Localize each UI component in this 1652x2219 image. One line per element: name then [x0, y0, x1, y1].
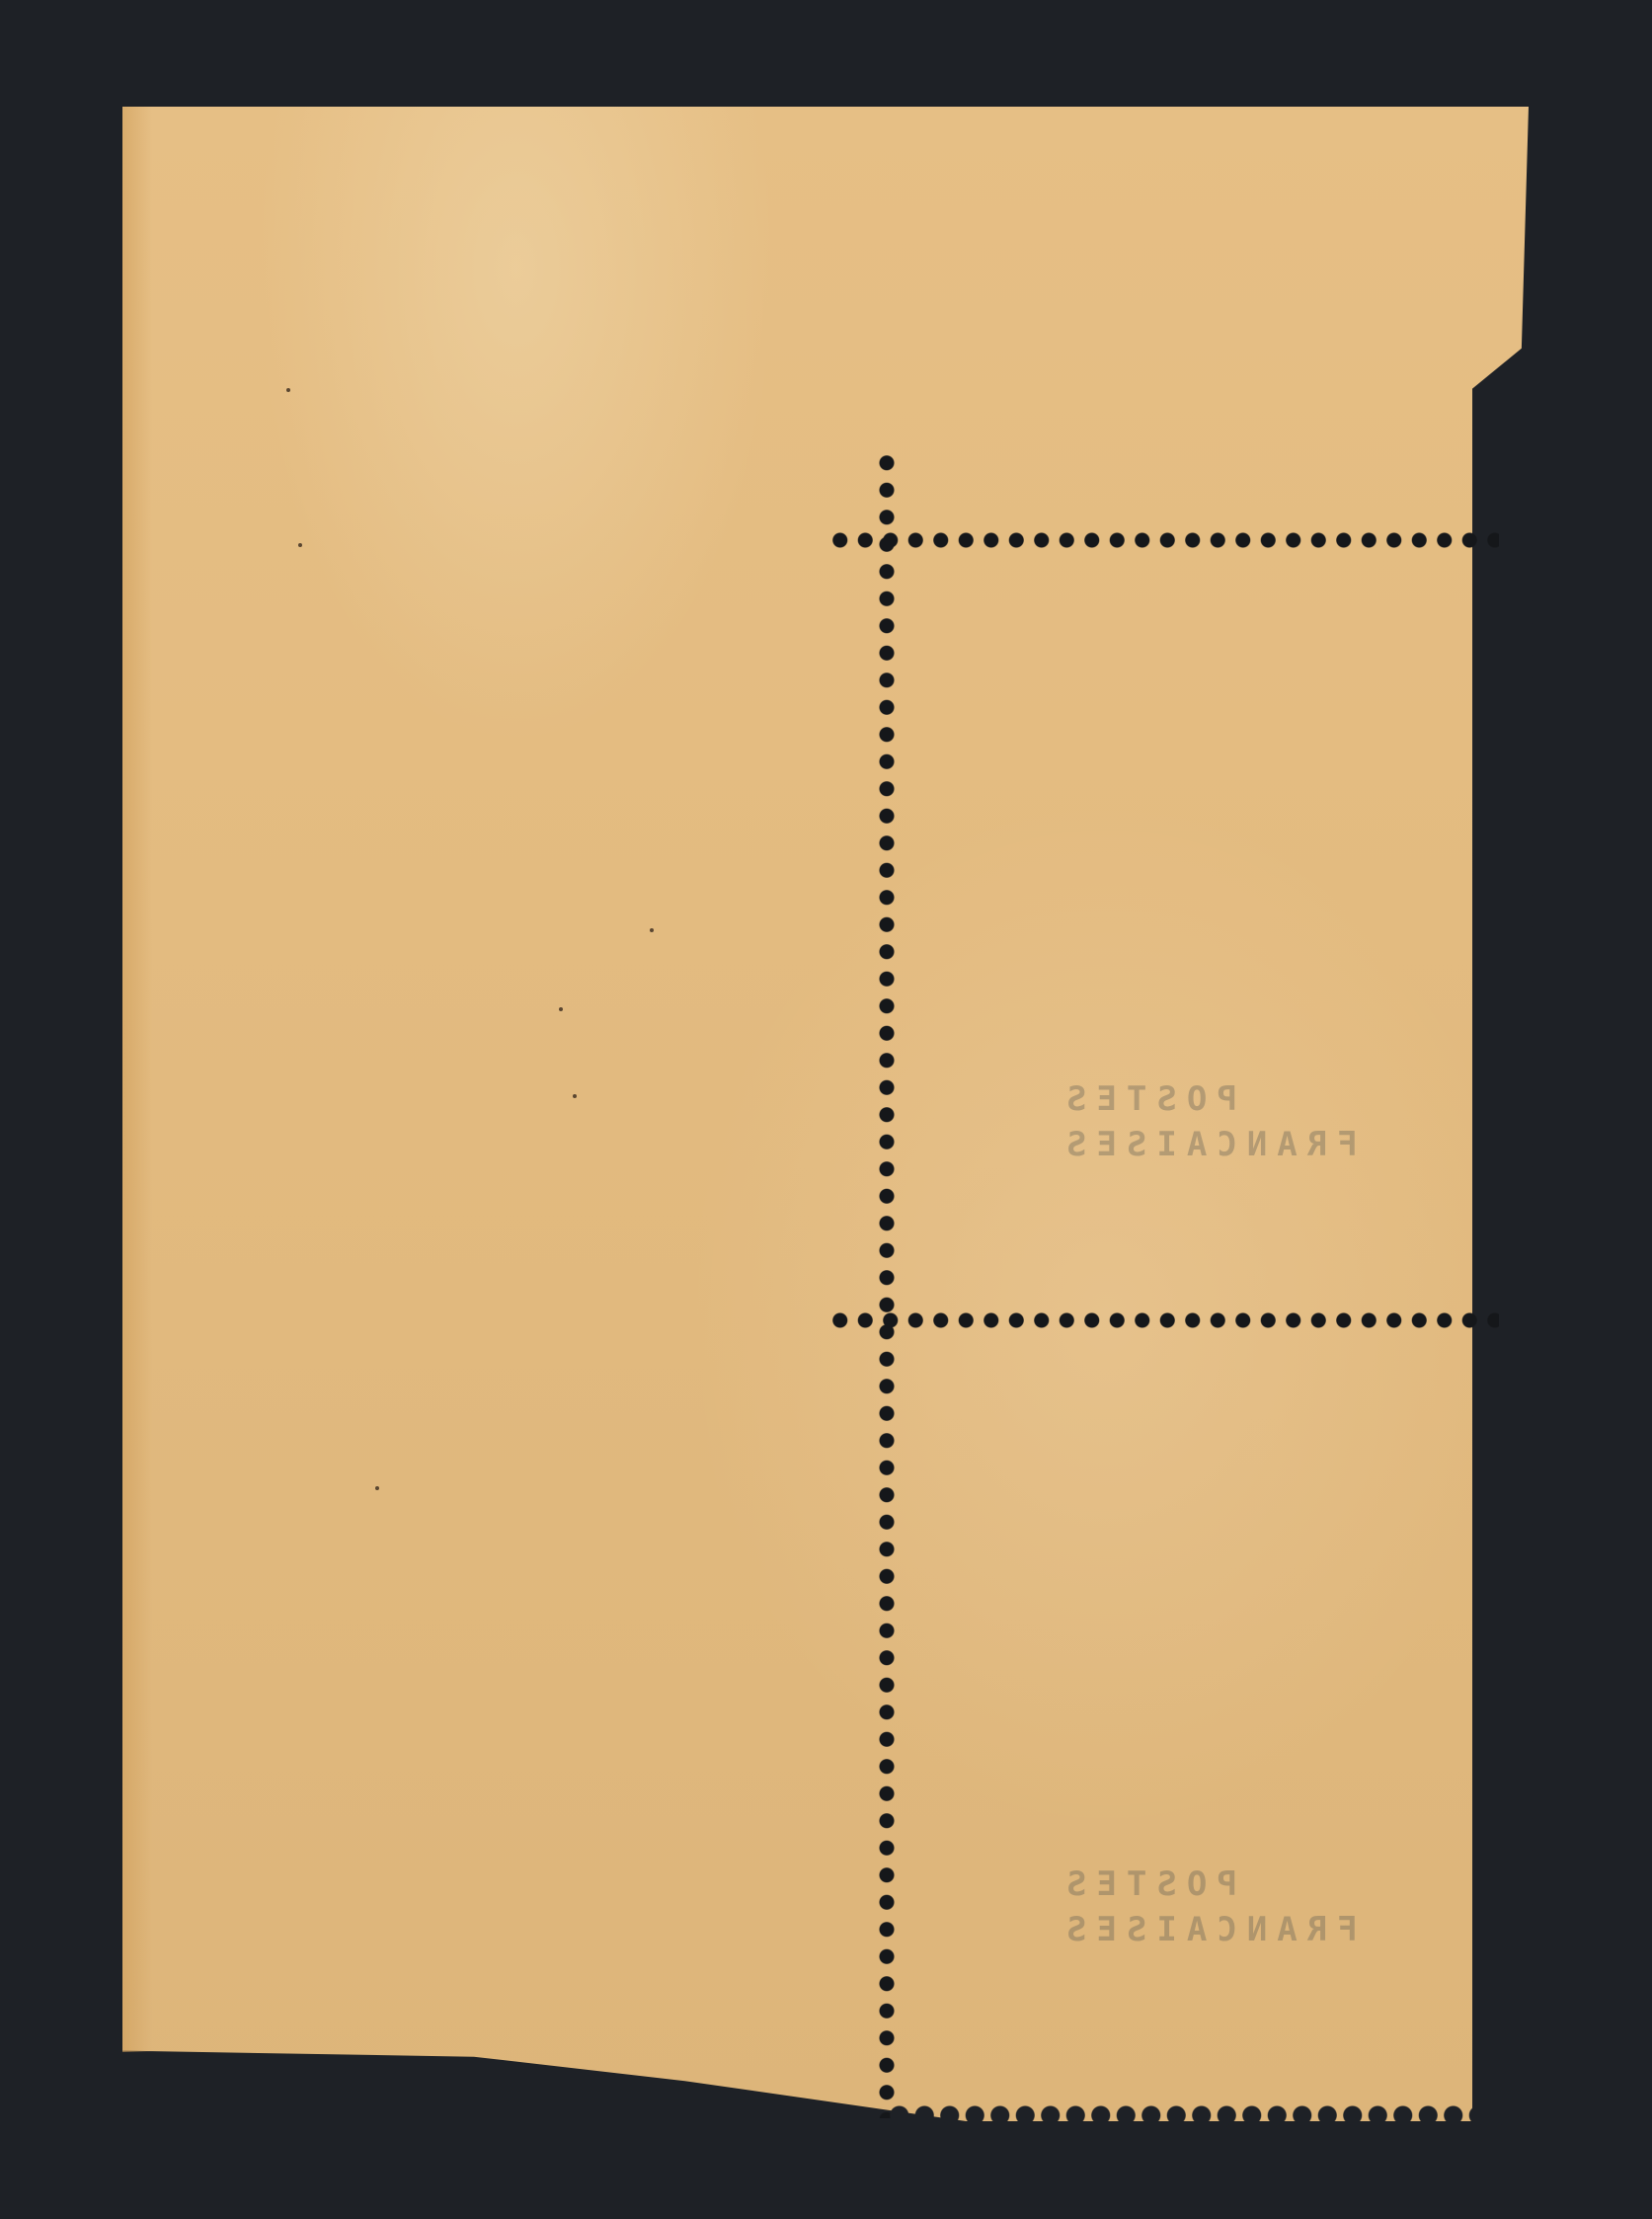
paper-speck: [286, 388, 290, 392]
stamp-2-show-through-text: POSTES FRANCAISES: [1057, 1862, 1358, 1952]
vertical-perforation-line: [877, 449, 897, 2118]
paper-speck: [573, 1094, 577, 1098]
paper-speck: [559, 1007, 563, 1011]
middle-horizontal-perforation-line: [827, 1309, 1499, 1331]
paper-speck: [298, 543, 302, 547]
stamp-1-line-1: POSTES: [1057, 1076, 1358, 1122]
paper-speck: [375, 1486, 379, 1490]
stamp-2-line-2: FRANCAISES: [1057, 1907, 1358, 1952]
sheet-margin-shadow: [122, 107, 152, 2052]
stamp-1-line-2: FRANCAISES: [1057, 1122, 1358, 1167]
paper-speck: [650, 928, 654, 932]
stamp-2-line-1: POSTES: [1057, 1862, 1358, 1907]
top-horizontal-perforation-line: [827, 529, 1499, 551]
bottom-perforated-edge: [887, 2103, 1519, 2127]
right-perforated-edge: [1511, 449, 1534, 2118]
stamp-1-show-through-text: POSTES FRANCAISES: [1057, 1076, 1358, 1167]
